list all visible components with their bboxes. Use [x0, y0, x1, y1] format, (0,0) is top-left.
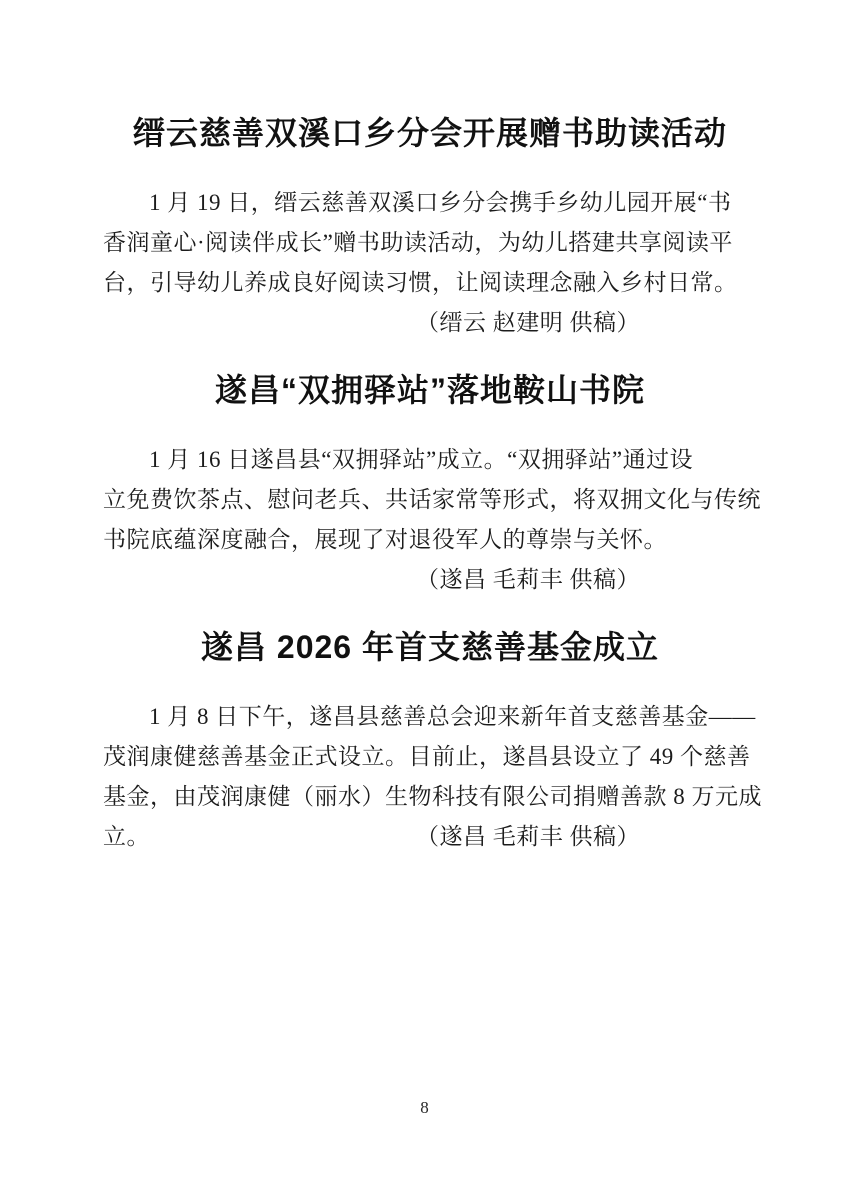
article-body-line: 茂润康健慈善基金正式设立。目前止，遂昌县设立了 49 个慈善 [103, 737, 757, 777]
article-body-line: 1 月 8 日下午，遂昌县慈善总会迎来新年首支慈善基金—— [103, 697, 757, 737]
article-attribution: （遂昌 毛莉丰 供稿） [416, 817, 640, 857]
article-body-line: 台，引导幼儿养成良好阅读习惯，让阅读理念融入乡村日常。 [103, 263, 757, 303]
article-body-line-end: 立。 [103, 817, 150, 857]
page-content: 缙云慈善双溪口乡分会开展赠书助读活动 1 月 19 日，缙云慈善双溪口乡分会携手… [103, 113, 757, 884]
article-attribution: （遂昌 毛莉丰 供稿） [103, 560, 757, 600]
article-body-line: 立免费饮茶点、慰问老兵、共话家常等形式，将双拥文化与传统 [103, 480, 757, 520]
article-body-line: 香润童心·阅读伴成长”赠书助读活动，为幼儿搭建共享阅读平 [103, 223, 757, 263]
article-body-line: 1 月 19 日，缙云慈善双溪口乡分会携手乡幼儿园开展“书 [103, 183, 757, 223]
article-last-line: 立。 （遂昌 毛莉丰 供稿） [103, 817, 757, 857]
page-number: 8 [0, 1096, 849, 1120]
article-body-line: 基金，由茂润康健（丽水）生物科技有限公司捐赠善款 8 万元成 [103, 777, 757, 817]
article-title: 遂昌“双拥驿站”落地鞍山书院 [103, 370, 757, 410]
article-title: 缙云慈善双溪口乡分会开展赠书助读活动 [103, 113, 757, 153]
article-body-line: 书院底蕴深度融合，展现了对退役军人的尊崇与关怀。 [103, 520, 757, 560]
document-page: 缙云慈善双溪口乡分会开展赠书助读活动 1 月 19 日，缙云慈善双溪口乡分会携手… [0, 0, 849, 1200]
article-jinyun-book-donation: 缙云慈善双溪口乡分会开展赠书助读活动 1 月 19 日，缙云慈善双溪口乡分会携手… [103, 113, 757, 343]
article-title: 遂昌 2026 年首支慈善基金成立 [103, 627, 757, 667]
article-attribution: （缙云 赵建明 供稿） [103, 303, 757, 343]
article-suichang-shuangyong-station: 遂昌“双拥驿站”落地鞍山书院 1 月 16 日遂昌县“双拥驿站”成立。“双拥驿站… [103, 370, 757, 600]
article-body-line: 1 月 16 日遂昌县“双拥驿站”成立。“双拥驿站”通过设 [103, 440, 757, 480]
article-suichang-charity-fund: 遂昌 2026 年首支慈善基金成立 1 月 8 日下午，遂昌县慈善总会迎来新年首… [103, 627, 757, 857]
